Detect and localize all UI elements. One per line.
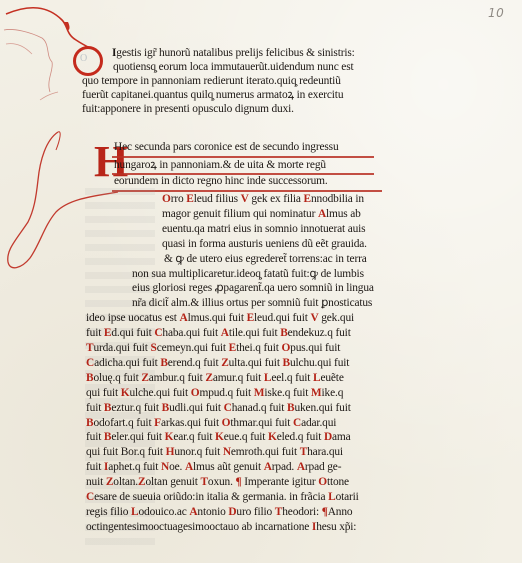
rubricated-initial: E: [247, 312, 254, 324]
body-text: non sua multiplicaretur.ideoq̧ fatatũ fu…: [132, 268, 364, 280]
rubricated-initial: A: [185, 461, 193, 473]
body-line-5: & ꝙ de utero eius egrederet̃ torrens:ac …: [164, 252, 367, 266]
paragraph1-line-3: quo tempore in pannoniam redierunt itera…: [82, 74, 341, 88]
heading-line-1: Hec secunda pars coronice est de secundo…: [114, 140, 339, 154]
body-text: ulta.qui fuit: [229, 357, 283, 369]
body-line-16: Bodofart.q fuit Farkas.qui fuit Othmar.q…: [86, 416, 336, 430]
body-text: ambur.q fuit: [149, 372, 206, 384]
body-text: fuit: [86, 461, 104, 473]
body-text: tile.qui fuit: [229, 327, 280, 339]
body-text: iske.q fuit: [264, 387, 311, 399]
body-text: ulche.qui fuit: [129, 387, 190, 399]
body-text: uken.qui fuit: [294, 402, 350, 414]
body-line-20: nuit Zoltan.Zoltan genuit Toxun. ¶ Imper…: [86, 475, 349, 489]
body-text: ama: [332, 431, 351, 443]
rubricated-initial: C: [86, 357, 94, 369]
body-text: gek ex filia: [249, 193, 304, 205]
body-text: qui fuit: [86, 387, 121, 399]
body-text: ulchu.qui fuit: [290, 357, 349, 369]
body-line-4: quasi in forma austuris ueniens dũ eẽt g…: [162, 237, 367, 251]
manuscript-page: 10 O Igestis igr̃ hunorũ natalibus preli…: [0, 0, 522, 563]
body-text: hesu xp̃i:: [316, 521, 356, 533]
rubricated-initial: C: [293, 417, 301, 429]
body-text: oluę.q fuit: [93, 372, 141, 384]
body-text: hanad.q fuit: [232, 402, 287, 414]
rubricated-initial: N: [223, 446, 231, 458]
rubricated-initial: B: [280, 327, 287, 339]
body-text: regis filio: [86, 506, 131, 518]
rubricated-initial: B: [162, 402, 169, 414]
body-text: nr̃a dicit̃ alm.& illius ortus per somni…: [132, 297, 372, 309]
rubricated-initial: E: [186, 193, 193, 205]
body-line-8: nr̃a dicit̃ alm.& illius ortus per somni…: [132, 296, 372, 310]
rubricated-initial: C: [224, 402, 232, 414]
body-line-19: fuit Iaphet.q fuit Noe. Almus aũt genuit…: [86, 460, 341, 474]
body-line-7: eius gloriosi reges ꝓpagarent̃.qa uero s…: [132, 281, 374, 295]
rubricated-initial: A: [318, 208, 326, 220]
body-text: rpad ge-: [305, 461, 341, 473]
body-text: eue.q fuit: [224, 431, 268, 443]
rubricated-initial: K: [215, 431, 224, 443]
body-line-11: Turda.qui fuit Scemeyn.qui fuit Ethei.q …: [86, 341, 340, 355]
body-text: erend.q fuit: [168, 357, 221, 369]
rubricated-initial: F: [154, 417, 161, 429]
body-text: esare de sueuia oriũdo:in italia & germa…: [94, 491, 328, 503]
body-text: qui fuit Bor.q fuit: [86, 446, 166, 458]
body-text: unor.q fuit: [174, 446, 223, 458]
rubricated-initial: O: [191, 387, 200, 399]
body-text: Anno: [328, 506, 353, 518]
body-text: eler.qui fuit: [111, 431, 164, 443]
rubricated-initial: O: [281, 342, 290, 354]
body-text: d.qui fuit: [111, 327, 154, 339]
body-text: odofart.q fuit: [93, 417, 154, 429]
body-line-15: fuit Beztur.q fuit Budli.qui fuit Chanad…: [86, 401, 351, 415]
rubricated-initial: E: [229, 342, 236, 354]
body-text: octingentesimooctuagesimooctauo ab incar…: [86, 521, 312, 533]
body-text: gek.qui: [319, 312, 355, 324]
body-text: arkas.qui fuit: [161, 417, 222, 429]
body-text: oltan.: [113, 476, 138, 488]
rubricated-initial: V: [241, 193, 249, 205]
body-text: ear.q fuit: [173, 431, 215, 443]
body-text: thei.q fuit: [236, 342, 281, 354]
body-line-10: fuit Ed.qui fuit Chaba.qui fuit Atile.qu…: [86, 326, 351, 340]
body-line-1: Orro Eleud filius V gek ex filia Ennodbi…: [162, 192, 364, 206]
body-text: fuit: [86, 327, 104, 339]
body-text: leud filius: [194, 193, 241, 205]
body-text: rro: [171, 193, 187, 205]
body-text: udli.qui fuit: [169, 402, 224, 414]
body-text: cemeyn.qui fuit: [157, 342, 229, 354]
body-text: adar.qui: [301, 417, 336, 429]
body-line-9: ideo ipse uocatus est Almus.qui fuit Ele…: [86, 311, 354, 325]
body-line-23: octingentesimooctuagesimooctauo ab incar…: [86, 520, 356, 534]
body-text: aphet.q fuit: [108, 461, 161, 473]
body-text: fuit: [86, 402, 104, 414]
rubricated-initial: K: [268, 431, 277, 443]
body-text: leud.qui fuit: [254, 312, 310, 324]
body-line-14: qui fuit Kulche.qui fuit Ompud.q fuit Mi…: [86, 386, 343, 400]
body-text: mpud.q fuit: [200, 387, 254, 399]
body-text: ntonio: [197, 506, 228, 518]
body-text: euẽte: [320, 372, 343, 384]
rubricated-initial: L: [328, 491, 335, 503]
body-text: oltan genuit: [145, 476, 200, 488]
guide-letter: O: [80, 53, 87, 64]
paragraph1-line-2: quotiensq̧ eorum loca immutauerũt.uidend…: [113, 60, 354, 74]
folio-number: 10: [488, 6, 504, 20]
body-text: lmus.qui fuit: [188, 312, 247, 324]
body-text: rpad.: [272, 461, 297, 473]
rubricated-initial: V: [310, 312, 318, 324]
body-text: Imperante igitur: [242, 476, 319, 488]
body-text: eel.q fuit: [271, 372, 313, 384]
rubricated-initial: B: [160, 357, 167, 369]
body-text: lmus aũt genuit: [193, 461, 264, 473]
heading-line-3: eorundem in dicto regno hinc inde succes…: [114, 174, 328, 188]
body-text: odouico.ac: [138, 506, 189, 518]
heading-line-2: hungaroꝝ in pannoniam.& de uita & morte …: [114, 158, 326, 172]
rubricated-initial: A: [297, 461, 305, 473]
body-text: emroth.qui fuit: [231, 446, 300, 458]
rubricated-initial: D: [324, 431, 332, 443]
initial-o-red: [73, 46, 103, 76]
body-text: oe.: [169, 461, 185, 473]
rubricated-initial: A: [180, 312, 188, 324]
rubricated-initial: N: [161, 461, 169, 473]
body-line-17: fuit Beler.qui fuit Kear.q fuit Keue.q f…: [86, 430, 351, 444]
rubricated-initial: O: [318, 476, 327, 488]
rubricated-initial: Z: [141, 372, 148, 384]
body-text: nuit: [86, 476, 106, 488]
rubricated-initial: Z: [205, 372, 212, 384]
rubricated-initial: Z: [221, 357, 228, 369]
body-text: otarii: [336, 491, 359, 503]
body-line-6: non sua multiplicaretur.ideoq̧ fatatũ fu…: [132, 267, 364, 281]
rubricated-initial: O: [162, 193, 171, 205]
body-line-13: Boluę.q fuit Zambur.q fuit Zamur.q fuit …: [86, 371, 344, 385]
body-line-22: regis filio Lodouico.ac Antonio Duro fil…: [86, 505, 352, 519]
body-text: eius gloriosi reges ꝓpagarent̃.qa uero s…: [132, 282, 374, 294]
body-text: eled.q fuit: [277, 431, 324, 443]
body-text: quasi in forma austuris ueniens dũ eẽt g…: [162, 238, 367, 250]
body-text: fuit: [86, 431, 104, 443]
body-text: urda.qui fuit: [93, 342, 150, 354]
rubricated-initial: C: [86, 491, 94, 503]
body-text: uro filio: [236, 506, 274, 518]
body-line-2: magor genuit filium qui nominatur Almus …: [162, 207, 361, 221]
rubricated-initial: H: [166, 446, 175, 458]
rubricated-initial: E: [304, 193, 311, 205]
rubricated-initial: B: [283, 357, 290, 369]
body-text: magor genuit filium qui nominatur: [162, 208, 318, 220]
paragraph1-line-5: fuit:apponere in presenti opusculo dignu…: [82, 102, 294, 116]
body-text: amur.q fuit: [213, 372, 264, 384]
paragraph1-line-1: Igestis igr̃ hunorũ natalibus prelijs fe…: [112, 46, 355, 60]
body-line-21: Cesare de sueuia oriũdo:in italia & germ…: [86, 490, 359, 504]
rubricated-initial: M: [311, 387, 322, 399]
body-text: thmar.qui fuit: [230, 417, 293, 429]
body-text: ike.q: [322, 387, 344, 399]
rubricated-initial: T: [200, 476, 207, 488]
body-text: endekuz.q fuit: [288, 327, 351, 339]
body-line-12: Cadicha.qui fuit Berend.q fuit Zulta.qui…: [86, 356, 349, 370]
body-text: eztur.q fuit: [111, 402, 161, 414]
body-text: heodori:: [282, 506, 321, 518]
body-text: haba.qui fuit: [162, 327, 220, 339]
body-text: hara.qui: [307, 446, 343, 458]
body-text: & ꝙ de utero eius egrederet̃ torrens:ac …: [164, 253, 367, 265]
body-text: pus.qui fuit: [290, 342, 340, 354]
body-text: ttone: [327, 476, 349, 488]
rubricated-initial: M: [254, 387, 265, 399]
rubricated-initial: A: [221, 327, 229, 339]
body-text: nnodbilia in: [311, 193, 364, 205]
rubricated-initial: A: [264, 461, 272, 473]
body-line-3: euentu.qa matri eius in somnio innotuera…: [162, 222, 365, 236]
body-line-18: qui fuit Bor.q fuit Hunor.q fuit Nemroth…: [86, 445, 343, 459]
body-text: ideo ipse uocatus est: [86, 312, 180, 324]
body-text: lmus ab: [326, 208, 361, 220]
paragraph1-line-4: fuerũt capitanei.quantus quilq̧ numerus …: [82, 88, 343, 102]
body-text: oxun.: [208, 476, 236, 488]
body-text: euentu.qa matri eius in somnio innotuera…: [162, 223, 365, 235]
body-text: adicha.qui fuit: [94, 357, 160, 369]
